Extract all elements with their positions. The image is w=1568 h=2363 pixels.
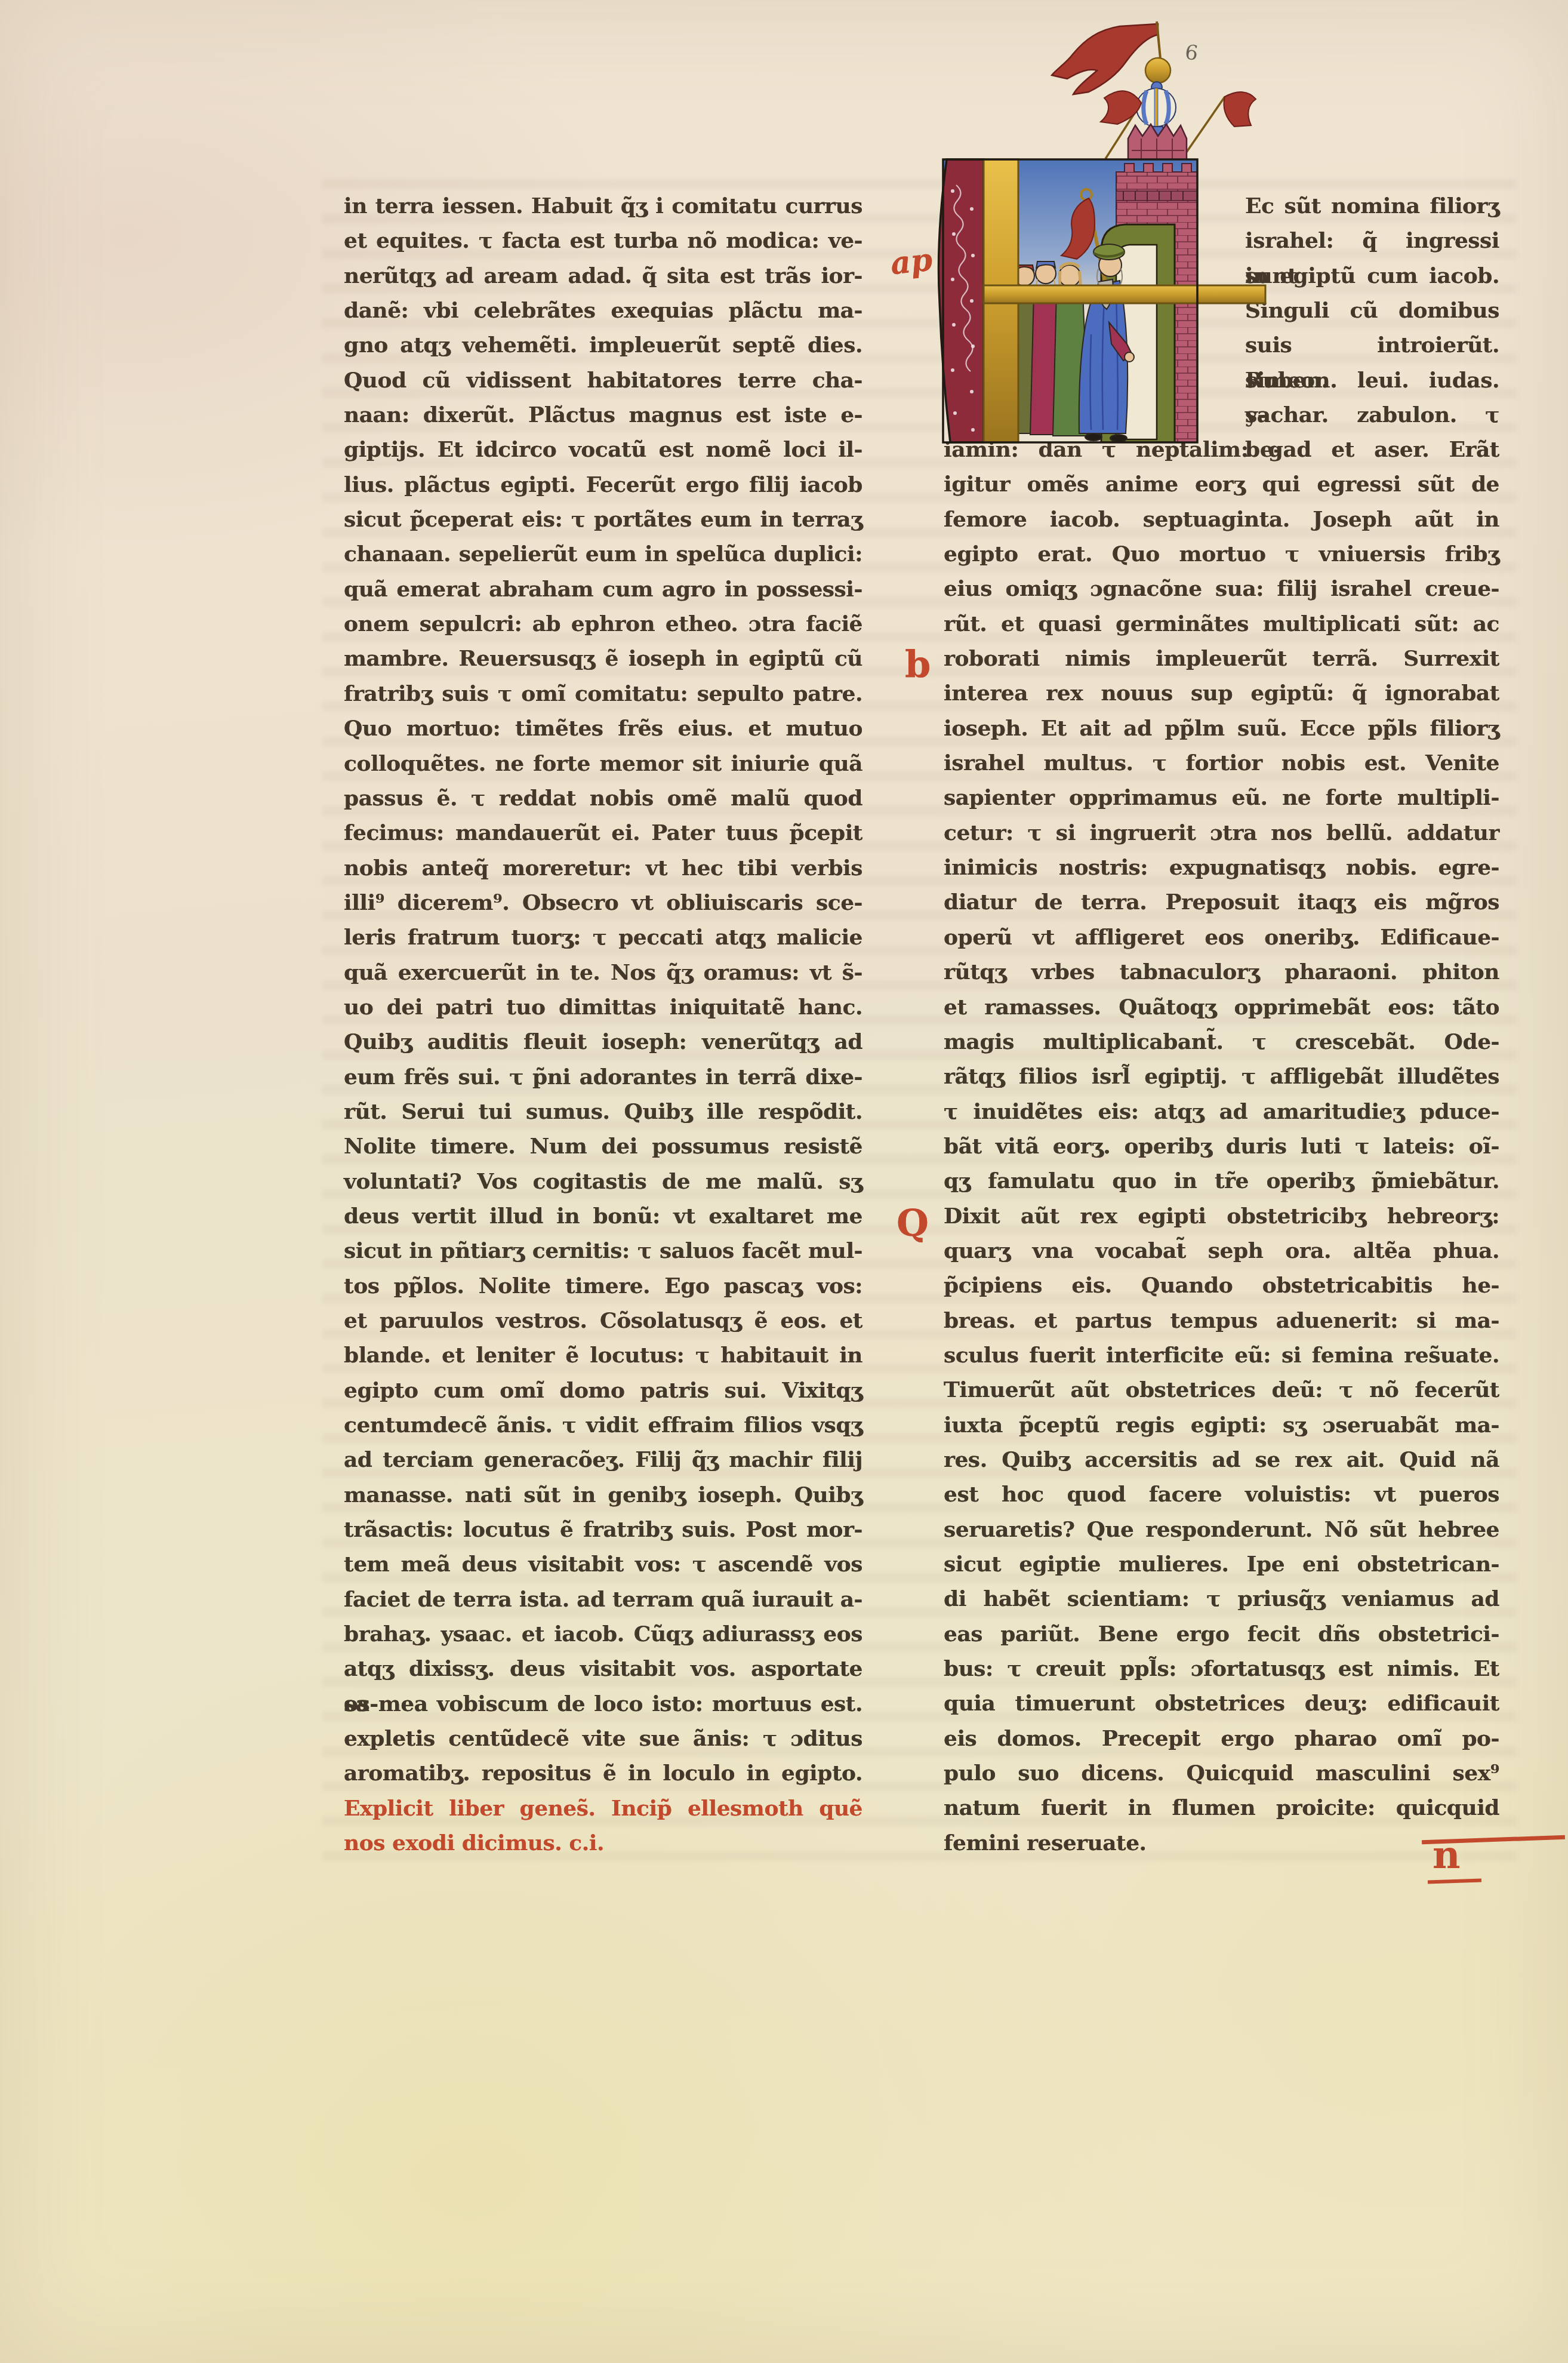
text-line: deus vertit illud in bonũ: vt exaltaret … bbox=[344, 1199, 862, 1233]
text-line: leris fratrum tuorʒ: τ peccati atqʒ mali… bbox=[344, 920, 862, 955]
text-line: nobis anteq̃ moreretur: vt hec tibi verb… bbox=[344, 851, 862, 885]
text-line: danẽ: vbi celebrãtes exequias plãctu ma- bbox=[344, 293, 862, 328]
rubric-line: Explicit liber genes̃. Incip̃ ellesmoth … bbox=[344, 1791, 862, 1826]
text-line: interea rex nouus sup egiptũ: q̃ ignorab… bbox=[944, 676, 1499, 710]
text-line: sicut egiptie mulieres. Ipe eni obstetri… bbox=[944, 1547, 1499, 1582]
text-line: rãtqʒ filios isrl̃ egiptij. τ affligebãt… bbox=[944, 1059, 1499, 1094]
text-line: est hoc quod facere voluistis: vt pueros bbox=[944, 1477, 1499, 1512]
text-line: tos pp̃los. Nolite timere. Ego pascaʒ vo… bbox=[344, 1269, 862, 1303]
left-pennant-flag bbox=[1101, 91, 1141, 124]
rubric-explicit-incipit: Explicit liber genes̃. Incip̃ ellesmoth … bbox=[344, 1791, 862, 1861]
illuminated-initial-h-miniature: 6 bbox=[919, 12, 1271, 451]
text-line: chanaan. sepelierũt eum in spelũca dupli… bbox=[344, 537, 862, 571]
text-line: τ inuidẽtes eis: atqʒ ad amaritudieʒ pdu… bbox=[944, 1094, 1499, 1129]
text-line: seruaretis? Que responderunt. Nõ sũt heb… bbox=[944, 1512, 1499, 1547]
text-line: onem sepulcri: ab ephron etheo. ɔtra fac… bbox=[344, 607, 862, 641]
text-line: Quo mortuo: timẽtes frẽs eius. et mutuo bbox=[344, 711, 862, 746]
gold-orb-finial bbox=[1145, 58, 1170, 83]
text-line: aromatibʒ. repositus ẽ in loculo in egip… bbox=[344, 1756, 862, 1790]
rubric-line: nos exodi dicimus. c.i. bbox=[344, 1826, 862, 1860]
margin-guide-letter-q: Q bbox=[897, 1201, 929, 1245]
text-line: quã emerat abraham cum agro in possessi- bbox=[344, 572, 862, 607]
text-line: rũt. Serui tui sumus. Quibʒ ille respõdi… bbox=[344, 1094, 862, 1129]
text-line: gno atqʒ vehemẽti. impleuerũt septẽ dies… bbox=[344, 328, 862, 362]
quire-mark: n bbox=[1422, 1832, 1565, 1891]
text-line: trãsactis: locutus ẽ fratribʒ suis. Post… bbox=[344, 1512, 862, 1547]
text-line: israhel multus. τ fortior nobis est. Ven… bbox=[944, 746, 1499, 780]
text-line: giptijs. Et idcirco vocatũ est nomẽ loci… bbox=[344, 432, 862, 467]
text-line: bus: τ creuit ppl̃s: ɔfortatusqʒ est nim… bbox=[944, 1651, 1499, 1686]
initial-h-crossbar bbox=[984, 285, 1265, 303]
text-line: operũ vt affligeret eos oneribʒ. Edifica… bbox=[944, 920, 1499, 955]
text-line: quia timuerunt obstetrices deuʒ: edifica… bbox=[944, 1686, 1499, 1721]
initial-filigree-panel bbox=[939, 159, 984, 442]
text-line: centumdecẽ ãnis. τ vidit effraim filios … bbox=[344, 1408, 862, 1442]
text-line: Quibʒ auditis fleuit ioseph: venerũtqʒ a… bbox=[344, 1024, 862, 1059]
text-line: egipto erat. Quo mortuo τ vniuersis frib… bbox=[944, 537, 1499, 571]
text-line: Timuerũt aũt obstetrices deũ: τ nõ fecer… bbox=[944, 1373, 1499, 1407]
text-line: igitur omẽs anime eorʒ qui egressi sũt d… bbox=[944, 467, 1499, 501]
text-line: expletis centũdecẽ vite sue ãnis: τ ɔdit… bbox=[344, 1721, 862, 1756]
text-line: cetur: τ si ingruerit ɔtra nos bellũ. ad… bbox=[944, 816, 1499, 850]
text-line: iuxta p̃ceptũ regis egipti: sʒ ɔseruabãt… bbox=[944, 1408, 1499, 1442]
text-line: quã exercuerũt in te. Nos q̃ʒ oramus: vt… bbox=[344, 955, 862, 990]
text-line: eius omiqʒ ɔgnacõne sua: filij israhel c… bbox=[944, 571, 1499, 606]
text-line: colloquẽtes. ne forte memor sit iniurie … bbox=[344, 746, 862, 781]
text-line: eas pariũt. Bene ergo fecit dñs obstetri… bbox=[944, 1617, 1499, 1651]
text-line: di habẽt scientiam: τ priusq̃ʒ veniamus … bbox=[944, 1582, 1499, 1616]
large-banner-flag bbox=[1052, 24, 1158, 94]
text-line: mambre. Reuersusqʒ ẽ ioseph in egiptũ cũ bbox=[344, 641, 862, 676]
text-line: qʒ famulatu quo in tr̃e operibʒ p̃miebãt… bbox=[944, 1164, 1499, 1198]
text-line: Quod cũ vidissent habitatores terre cha- bbox=[344, 363, 862, 398]
text-line: femini reseruate. bbox=[944, 1826, 1499, 1860]
text-line: eis domos. Precepit ergo pharao omĩ po- bbox=[944, 1721, 1499, 1756]
text-line: passus ẽ. τ reddat nobis omẽ malũ quod bbox=[344, 781, 862, 816]
text-line: nerũtqʒ ad aream adad. q̃ sita est trãs … bbox=[344, 259, 862, 293]
text-line: illi⁹ dicerem⁹. Obsecro vt obliuiscaris … bbox=[344, 885, 862, 920]
text-line: ioseph. Et ait ad pp̃lm suũ. Ecce pp̃ls … bbox=[944, 711, 1499, 746]
text-line: et paruulos vestros. Cõsolatusqʒ ẽ eos. … bbox=[344, 1303, 862, 1338]
text-line: diatur de terra. Preposuit itaqʒ eis mg̃… bbox=[944, 885, 1499, 919]
text-line: ad terciam generacõeʒ. Filij q̃ʒ machir … bbox=[344, 1442, 862, 1477]
text-line: manasse. nati sũt in genibʒ ioseph. Quib… bbox=[344, 1478, 862, 1512]
text-line: eum frẽs sui. τ p̃ni adorantes in terrã … bbox=[344, 1060, 862, 1094]
text-line: brahaʒ. ysaac. et iacob. Cũqʒ adiurassʒ … bbox=[344, 1617, 862, 1651]
text-line: res. Quibʒ accersitis ad se rex ait. Qui… bbox=[944, 1442, 1499, 1477]
text-line: magis multiplicabant̃. τ crescebãt. Ode- bbox=[944, 1024, 1499, 1059]
text-line: bãt vitã eorʒ. operibʒ duris luti τ late… bbox=[944, 1129, 1499, 1164]
text-line: sicut p̃ceperat eis: τ portãtes eum in t… bbox=[344, 502, 862, 537]
text-line: p̃cipiens eis. Quando obstetricabitis he… bbox=[944, 1268, 1499, 1303]
text-line: faciet de terra ista. ad terram quã iura… bbox=[344, 1582, 862, 1617]
text-line: rũtqʒ vrbes tabnaculorʒ pharaoni. phiton bbox=[944, 955, 1499, 989]
text-line: inimicis nostris: expugnatisqʒ nobis. eg… bbox=[944, 850, 1499, 885]
text-line: sa mea vobiscum de loco isto: mortuus es… bbox=[344, 1687, 862, 1721]
text-line: tem meã deus visitabit vos: τ ascendẽ vo… bbox=[344, 1547, 862, 1582]
text-line: blande. et leniter ẽ locutus: τ habitaui… bbox=[344, 1338, 862, 1373]
text-line: fecimus: mandauerũt ei. Pater tuus p̃cep… bbox=[344, 816, 862, 850]
text-line: pulo suo dicens. Quicquid masculini sex⁹ bbox=[944, 1756, 1499, 1790]
text-line: quarʒ vna vocabat̃ seph ora. altẽa phua. bbox=[944, 1233, 1499, 1268]
text-line: sapienter opprimamus eũ. ne forte multip… bbox=[944, 780, 1499, 815]
margin-guide-letter-b: b bbox=[905, 642, 931, 686]
right-pennant-flag bbox=[1224, 92, 1256, 127]
text-line: atqʒ dixissʒ. deus visitabit vos. asport… bbox=[344, 1651, 862, 1686]
text-line: femore iacob. septuaginta. Joseph aũt in bbox=[944, 502, 1499, 537]
text-line: natum fuerit in flumen proicite: quicqui… bbox=[944, 1790, 1499, 1825]
quire-mark-letter: n bbox=[1433, 1836, 1461, 1875]
text-line: voluntati? Vos cogitastis de me malũ. sʒ bbox=[344, 1164, 862, 1199]
left-text-column: in terra iessen. Habuit q̃ʒ i comitatu c… bbox=[344, 189, 862, 1791]
right-text-column: iamin: dan τ neptalim: gad et aser. Erãt… bbox=[944, 432, 1499, 1860]
text-line: fratribʒ suis τ omĩ comitatu: sepulto pa… bbox=[344, 676, 862, 711]
text-line: naan: dixerũt. Plãctus magnus est iste e… bbox=[344, 398, 862, 432]
text-line: egipto cum omĩ domo patris sui. Vixitqʒ bbox=[344, 1373, 862, 1408]
text-line: uo dei patri tuo dimittas iniquitatẽ han… bbox=[344, 990, 862, 1024]
text-line: in terra iessen. Habuit q̃ʒ i comitatu c… bbox=[344, 189, 862, 223]
text-line: et equites. τ facta est turba nõ modica:… bbox=[344, 223, 862, 258]
text-line: breas. et partus tempus aduenerit: si ma… bbox=[944, 1303, 1499, 1338]
text-line: Nolite timere. Num dei possumus resistẽ bbox=[344, 1129, 862, 1164]
text-line: Dixit aũt rex egipti obstetricibʒ hebreo… bbox=[944, 1199, 1499, 1233]
text-line: sicut in pñtiarʒ cernitis: τ saluos facẽ… bbox=[344, 1233, 862, 1268]
text-line: et ramasses. Quãtoqʒ opprimebãt eos: tãt… bbox=[944, 990, 1499, 1024]
quire-mark-underline bbox=[1428, 1878, 1481, 1884]
text-line: lius. plãctus egipti. Fecerũt ergo filij… bbox=[344, 467, 862, 502]
text-line: rũt. et quasi germinãtes multiplicati sũ… bbox=[944, 607, 1499, 641]
pen-trial-mark: 6 bbox=[1184, 40, 1200, 66]
text-line: sculus fuerit interficite eũ: si femina … bbox=[944, 1338, 1499, 1373]
text-line: roborati nimis impleuerũt terrã. Surrexi… bbox=[944, 641, 1499, 676]
manuscript-page: in terra iessen. Habuit q̃ʒ i comitatu c… bbox=[0, 0, 1568, 2363]
